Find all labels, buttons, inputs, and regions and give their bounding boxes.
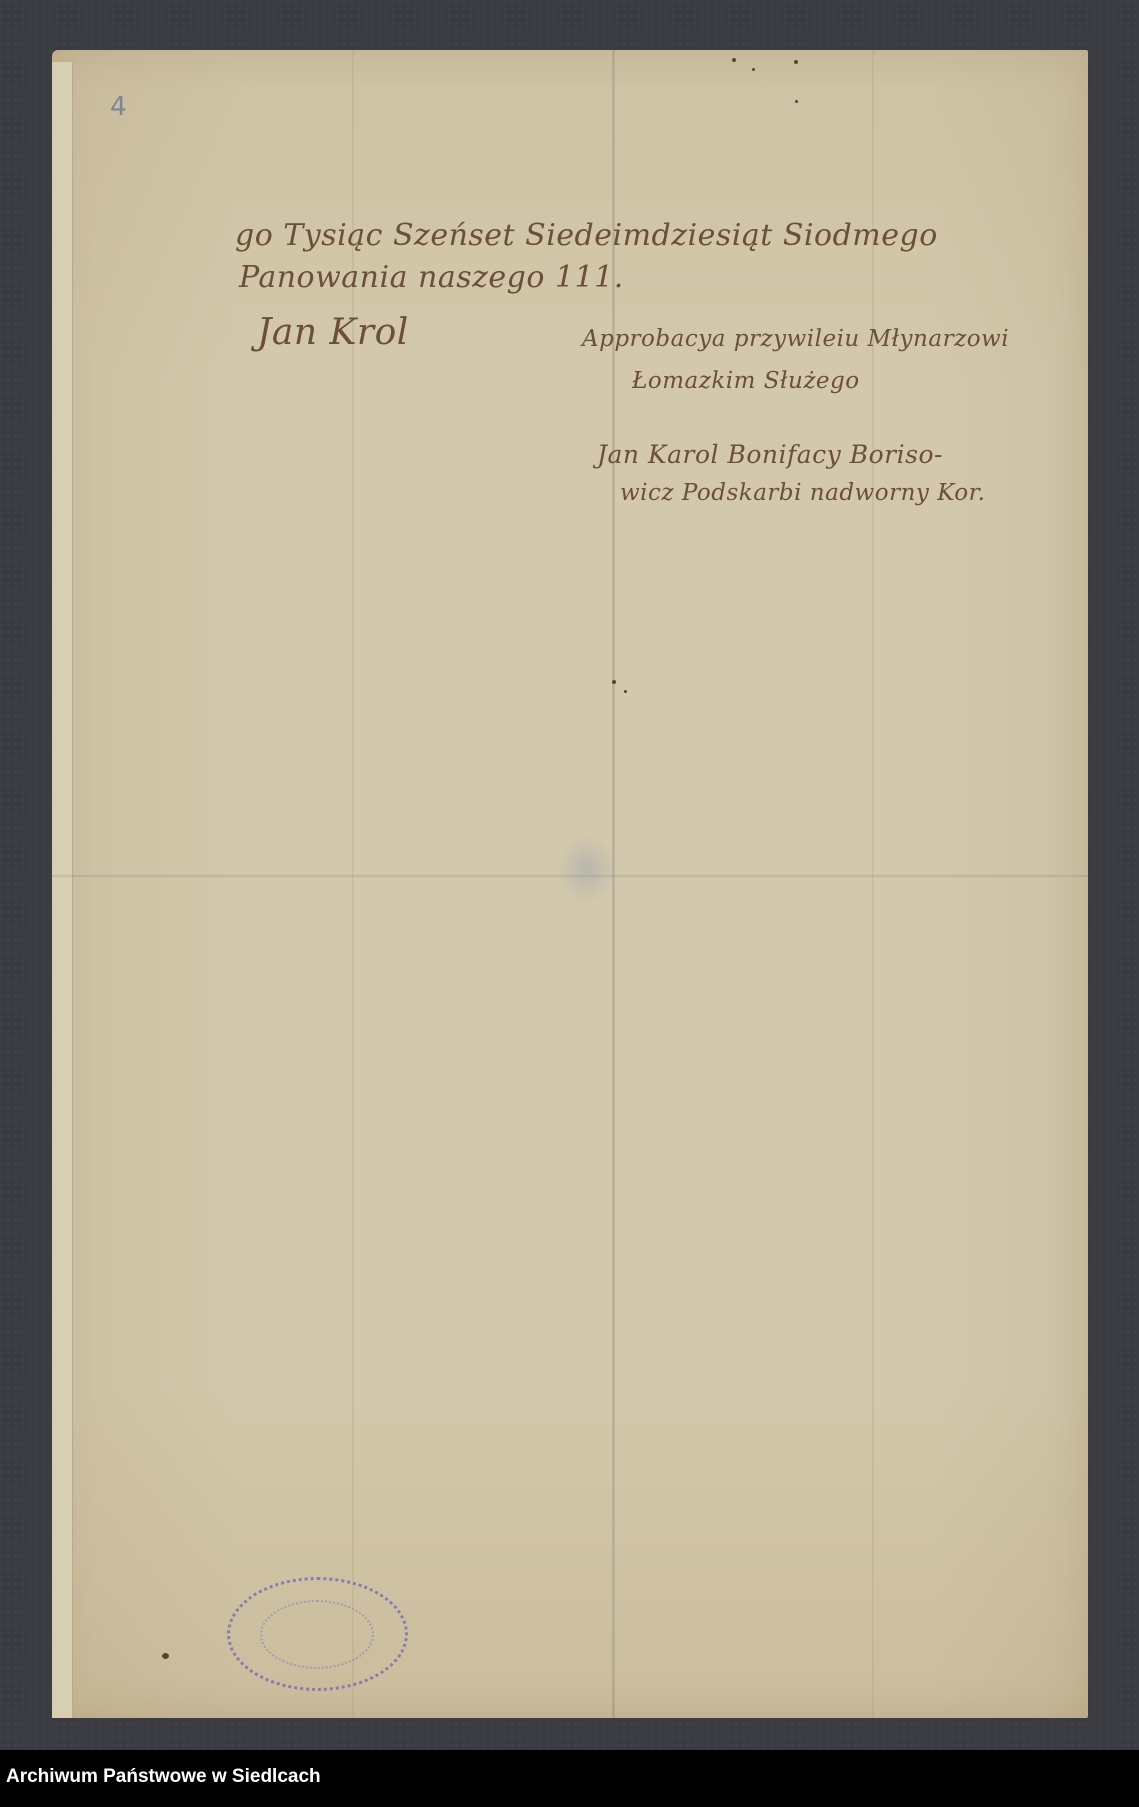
fold-line — [352, 50, 354, 1718]
ink-spot — [162, 1653, 169, 1659]
ink-spot — [624, 690, 627, 693]
archive-name: Archiwum Państwowe w Siedlcach — [6, 1766, 321, 1788]
approbation-line-1: Approbacya przywileiu Młynarzowi — [582, 326, 1009, 352]
archive-footer-bar: Archiwum Państwowe w Siedlcach — [0, 1750, 1139, 1807]
document-page: 4 go Tysiąc Szeńset Siedeimdziesiąt Siod… — [52, 50, 1088, 1718]
signature-king: Jan Krol — [257, 312, 409, 353]
ink-spot — [795, 100, 798, 103]
page-number: 4 — [110, 92, 127, 122]
signature-treasurer-line-1: Jan Karol Bonifacy Boriso- — [597, 440, 943, 469]
ink-spot — [752, 68, 755, 71]
paper-binding-strip — [52, 62, 73, 1718]
approbation-line-2: Łomazkim Służego — [632, 368, 860, 394]
ink-spot — [794, 60, 798, 64]
fold-line — [872, 50, 874, 1718]
ink-spot — [732, 58, 736, 62]
water-stain — [557, 835, 617, 905]
signature-treasurer-line-2: wicz Podskarbi nadworny Kor. — [620, 480, 985, 506]
handwritten-line-date: go Tysiąc Szeńset Siedeimdziesiąt Siodme… — [235, 218, 938, 253]
archive-stamp — [227, 1577, 408, 1691]
archive-stamp-inner-ring — [260, 1600, 374, 1669]
handwritten-line-reign: Panowania naszego 111. — [239, 260, 624, 295]
ink-spot — [612, 680, 616, 684]
